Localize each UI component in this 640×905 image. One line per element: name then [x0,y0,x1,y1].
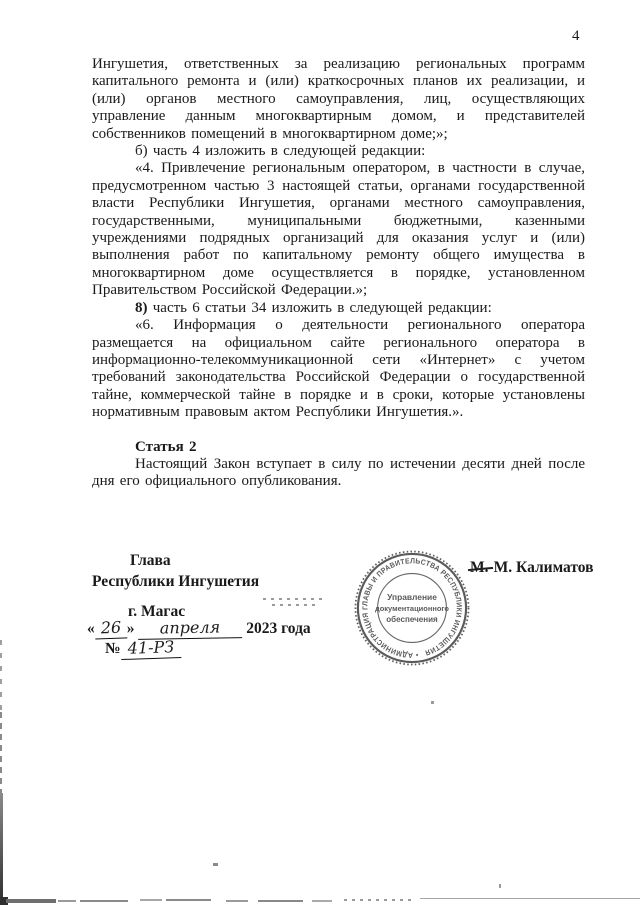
document-body: Ингушетия, ответственных за реализацию р… [92,56,585,491]
paragraph-text: «4. Привлечение региональным оператором,… [92,160,585,298]
scan-bottom-seg-4 [140,899,162,901]
date-close-quote: » [127,620,135,637]
paragraph-subitem-b: б) часть 4 изложить в следующей редакции… [92,143,585,160]
paragraph-part4-quote: «4. Привлечение региональным оператором,… [92,160,585,299]
scan-bottom-seg-9 [344,899,414,901]
stamp-center-line1: Управление [387,592,437,602]
scan-bottom-seg-2 [58,900,76,902]
paragraph-text: б) часть 4 изложить в следующей редакции… [135,143,425,159]
paragraph-text: «6. Информация о деятельности региональн… [92,317,585,420]
scan-bottom-seg-7 [258,900,303,902]
signature-date-line: «26» апреля 2023 года [87,619,311,639]
scan-bottom-seg-10 [420,898,640,899]
scan-bottom-seg-5 [166,899,211,901]
paragraph-text: Ингушетия, ответственных за реализацию р… [92,56,585,142]
handwritten-day: 26 [94,618,127,639]
scan-speck-2 [213,863,218,866]
paragraph-item8: 8) часть 6 статьи 34 изложить в следующе… [92,300,585,317]
signatory-title-line1: Глава [92,551,312,572]
paragraph-text: Настоящий Закон вступает в силу по истеч… [92,456,585,489]
scan-artifact-dots-2 [272,604,316,606]
scan-edge-solid [0,793,3,905]
signatory-title-line2: Республики Ингушетия [92,572,312,593]
scan-bottom-seg-1 [6,899,56,903]
date-open-quote: « [87,620,95,637]
date-year: 2023 года [246,620,310,637]
paragraph-text: часть 6 статьи 34 изложить в следующей р… [148,300,492,316]
article-2-text: Настоящий Закон вступает в силу по истеч… [92,456,585,491]
number-sign: № [105,640,121,657]
paragraph-part6-quote: «6. Информация о деятельности региональн… [92,317,585,421]
document-number-line: №41-РЗ [105,639,181,659]
paragraph-continuation: Ингушетия, ответственных за реализацию р… [92,56,585,143]
handwritten-number: 41-РЗ [120,638,181,660]
scan-edge-dashes-lower [0,712,2,793]
page-number: 4 [572,28,580,45]
stamp-center-line2: документационного [375,604,449,613]
article-2-heading: Статья 2 [92,439,585,456]
item-number: 8) [135,300,148,316]
scan-bottom-seg-8 [312,900,332,902]
scanned-document-page: 4 Ингушетия, ответственных за реализацию… [0,0,640,905]
scan-speck-3 [499,884,501,888]
scan-bottom-seg-3 [80,900,128,902]
scan-edge-dashes-upper [0,640,2,712]
official-round-stamp: • АДМИНИСТРАЦИЯ ГЛАВЫ И ПРАВИТЕЛЬСТВА РЕ… [353,549,471,667]
scan-bottom-seg-6 [226,900,248,902]
handwritten-month: апреля [138,618,242,640]
stamp-center-line3: обеспечения [386,615,438,624]
scan-speck-1 [431,701,434,704]
signatory-title: Глава Республики Ингушетия [92,551,312,592]
scan-artifact-dots-1 [263,598,323,600]
